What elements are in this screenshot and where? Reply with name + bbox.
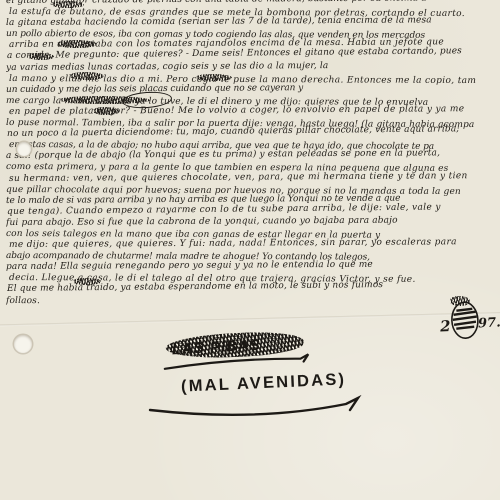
ink-scribble	[70, 72, 104, 80]
handwritten-line: en papel de plata mejor? - Bueno! Me lo …	[9, 104, 498, 118]
date-mark-right: 97.	[478, 315, 500, 331]
handwritten-line: follaos.	[6, 296, 498, 309]
handwritten-line: fui para abajo. Eso si fue que la cabron…	[6, 215, 498, 229]
paper-crease	[0, 311, 500, 326]
manuscript-page: el gitano ganador cruzado de piernas con…	[0, 0, 500, 500]
ink-scribble	[196, 74, 232, 81]
subtitle-mal-avenidas: (MAL AVENIDAS)	[181, 370, 347, 396]
ink-scribble	[93, 107, 119, 115]
ink-scribble	[73, 278, 101, 285]
ink-scribble	[28, 53, 54, 60]
handwritten-line: su hermana: ven, ven, que quieres chocol…	[9, 171, 498, 185]
date-mark: 2 97.	[437, 298, 500, 346]
scribbled-date-circle	[449, 299, 481, 341]
handwritten-line: un cuidado y me dejo las seis placas cui…	[6, 82, 498, 96]
hole-punch-bottom	[14, 335, 32, 353]
subtitle-underline-flourish	[146, 394, 366, 420]
handwritten-line: me dijo: que quieres, que quieres. Y fui…	[9, 237, 498, 251]
handwritten-line: la gitana estaba haciendo la comida (ser…	[6, 15, 498, 29]
hole-punch-top	[17, 142, 31, 156]
ink-scribble	[52, 1, 84, 8]
handwritten-line: a sal! (porque la de abajo (la Yonqui qu…	[6, 148, 498, 162]
ink-scribble	[57, 40, 97, 48]
crossed-out-title: LAS PIBAS	[171, 333, 302, 370]
handwritten-line: para nada! Ella seguia renegando pero yo…	[6, 259, 498, 273]
